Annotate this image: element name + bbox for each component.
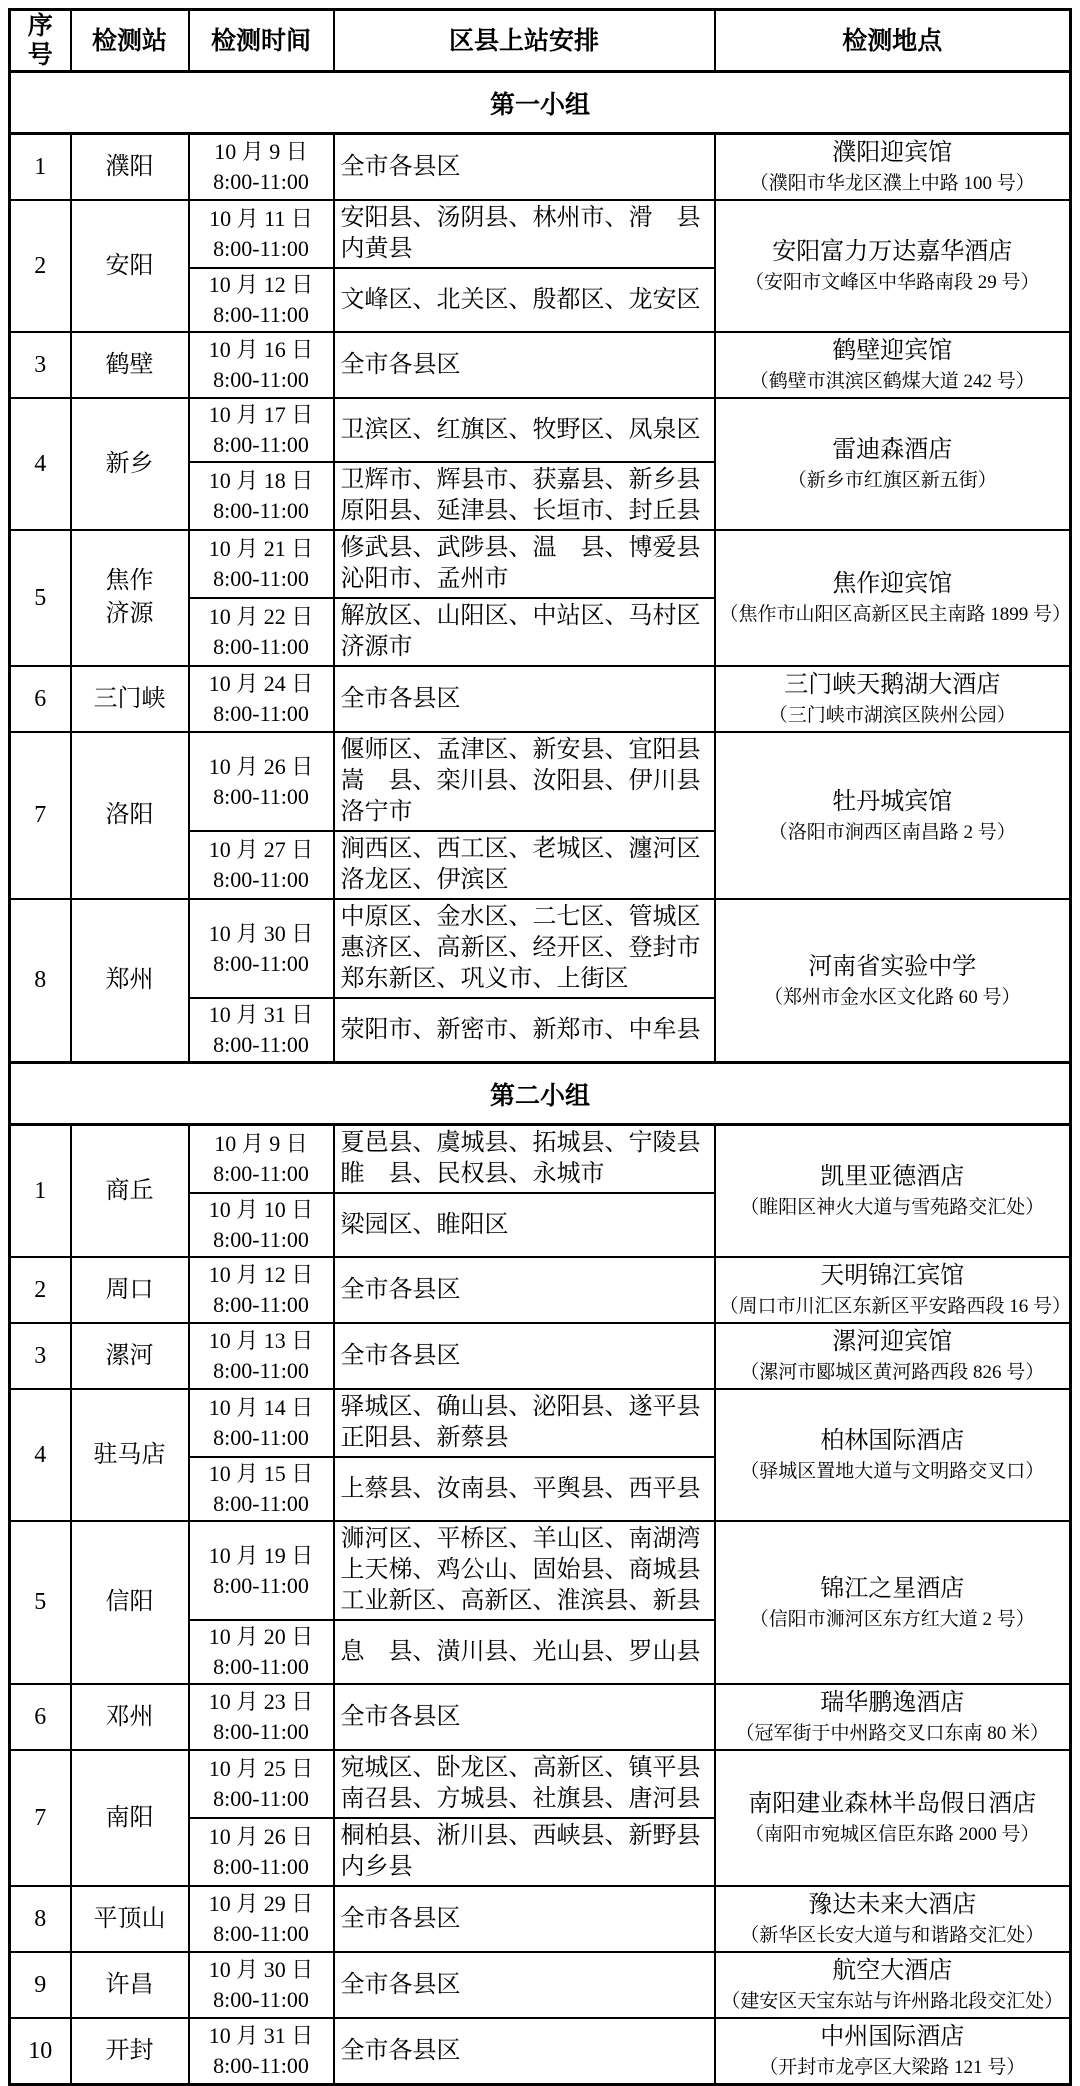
date-cell: 10 月 21 日8:00-11:00 xyxy=(189,530,334,598)
date-cell: 10 月 10 日8:00-11:00 xyxy=(189,1193,334,1257)
date-text: 10 月 30 日 xyxy=(192,1955,331,1985)
row-number-cell: 2 xyxy=(10,1257,71,1323)
time-text: 8:00-11:00 xyxy=(192,300,331,330)
venue-name: 安阳富力万达嘉华酒店 xyxy=(720,236,1066,269)
venue-cell: 鹤壁迎宾馆（鹤壁市淇滨区鹤煤大道 242 号） xyxy=(715,332,1071,398)
table-row: 2周口10 月 12 日8:00-11:00全市各县区天明锦江宾馆（周口市川汇区… xyxy=(10,1257,1071,1323)
table-row: 1商丘10 月 9 日8:00-11:00夏邑县、虞城县、拓城县、宁陵县睢 县、… xyxy=(10,1125,1071,1194)
time-text: 8:00-11:00 xyxy=(192,1985,331,2015)
venue-name: 瑞华鹏逸酒店 xyxy=(720,1687,1066,1720)
venue-name: 航空大酒店 xyxy=(720,1955,1066,1988)
venue-cell: 凯里亚德酒店（睢阳区神火大道与雪苑路交汇处） xyxy=(715,1125,1071,1258)
venue-cell: 牡丹城宾馆（洛阳市涧西区南昌路 2 号） xyxy=(715,732,1071,899)
date-text: 10 月 23 日 xyxy=(192,1687,331,1717)
row-number-cell: 9 xyxy=(10,1952,71,2018)
date-cell: 10 月 26 日8:00-11:00 xyxy=(189,732,334,831)
date-cell: 10 月 31 日8:00-11:00 xyxy=(189,2018,334,2085)
venue-cell: 安阳富力万达嘉华酒店（安阳市文峰区中华路南段 29 号） xyxy=(715,200,1071,332)
time-text: 8:00-11:00 xyxy=(192,632,331,662)
areas-cell: 涧西区、西工区、老城区、瀍河区洛龙区、伊滨区 xyxy=(334,831,715,899)
time-text: 8:00-11:00 xyxy=(192,365,331,395)
schedule-document-page: 序号检测站检测时间区县上站安排检测地点 第一小组1濮阳10 月 9 日8:00-… xyxy=(0,0,1080,2082)
row-number-cell: 1 xyxy=(10,134,71,201)
station-cell: 南阳 xyxy=(71,1750,189,1886)
areas-cell: 宛城区、卧龙区、高新区、镇平县南召县、方城县、社旗县、唐河县 xyxy=(334,1750,715,1818)
table-row: 4驻马店10 月 14 日8:00-11:00驿城区、确山县、泌阳县、遂平县正阳… xyxy=(10,1389,1071,1457)
time-text: 8:00-11:00 xyxy=(192,564,331,594)
venue-address: （新乡市红旗区新五街） xyxy=(720,467,1066,494)
areas-cell: 卫辉市、辉县市、获嘉县、新乡县原阳县、延津县、长垣市、封丘县 xyxy=(334,462,715,530)
date-text: 10 月 31 日 xyxy=(192,2021,331,2051)
row-number-cell: 2 xyxy=(10,200,71,332)
table-row: 2安阳10 月 11 日8:00-11:00安阳县、汤阴县、林州市、滑 县内黄县… xyxy=(10,200,1071,268)
time-text: 8:00-11:00 xyxy=(192,1489,331,1519)
date-cell: 10 月 16 日8:00-11:00 xyxy=(189,332,334,398)
venue-cell: 焦作迎宾馆（焦作市山阳区高新区民主南路 1899 号） xyxy=(715,530,1071,666)
station-cell: 商丘 xyxy=(71,1125,189,1258)
station-cell: 鹤壁 xyxy=(71,332,189,398)
time-text: 8:00-11:00 xyxy=(192,1159,331,1189)
areas-cell: 偃师区、孟津区、新安县、宜阳县嵩 县、栾川县、汝阳县、伊川县洛宁市 xyxy=(334,732,715,831)
date-cell: 10 月 30 日8:00-11:00 xyxy=(189,899,334,998)
date-cell: 10 月 24 日8:00-11:00 xyxy=(189,666,334,732)
station-cell: 濮阳 xyxy=(71,134,189,201)
areas-cell: 卫滨区、红旗区、牧野区、凤泉区 xyxy=(334,398,715,462)
venue-address: （驿城区置地大道与文明路交叉口） xyxy=(720,1458,1066,1485)
date-cell: 10 月 14 日8:00-11:00 xyxy=(189,1389,334,1457)
header-label: 区县上站安排 xyxy=(449,27,599,55)
date-cell: 10 月 25 日8:00-11:00 xyxy=(189,1750,334,1818)
group-title-row: 第一小组 xyxy=(10,72,1071,134)
date-cell: 10 月 29 日8:00-11:00 xyxy=(189,1886,334,1952)
areas-cell: 浉河区、平桥区、羊山区、南湖湾上天梯、鸡公山、固始县、商城县工业新区、高新区、淮… xyxy=(334,1521,715,1620)
time-text: 8:00-11:00 xyxy=(192,234,331,264)
time-text: 8:00-11:00 xyxy=(192,496,331,526)
areas-cell: 全市各县区 xyxy=(334,1952,715,2018)
areas-cell: 全市各县区 xyxy=(334,1257,715,1323)
time-text: 8:00-11:00 xyxy=(192,1717,331,1747)
table-row: 6邓州10 月 23 日8:00-11:00全市各县区瑞华鹏逸酒店（冠军街于中州… xyxy=(10,1684,1071,1750)
venue-name: 三门峡天鹅湖大酒店 xyxy=(720,669,1066,702)
venue-name: 雷迪森酒店 xyxy=(720,434,1066,467)
table-row: 4新乡10 月 17 日8:00-11:00卫滨区、红旗区、牧野区、凤泉区雷迪森… xyxy=(10,398,1071,462)
table-header: 序号检测站检测时间区县上站安排检测地点 xyxy=(10,10,1071,72)
date-text: 10 月 9 日 xyxy=(192,137,331,167)
date-text: 10 月 16 日 xyxy=(192,335,331,365)
time-text: 8:00-11:00 xyxy=(192,1919,331,1949)
header-cell: 检测地点 xyxy=(715,10,1071,72)
group-title-cell: 第一小组 xyxy=(10,72,1071,134)
date-text: 10 月 21 日 xyxy=(192,534,331,564)
areas-cell: 修武县、武陟县、温 县、博爱县沁阳市、孟州市 xyxy=(334,530,715,598)
date-text: 10 月 19 日 xyxy=(192,1541,331,1571)
date-text: 10 月 22 日 xyxy=(192,602,331,632)
station-cell: 开封 xyxy=(71,2018,189,2085)
table-row: 3鹤壁10 月 16 日8:00-11:00全市各县区鹤壁迎宾馆（鹤壁市淇滨区鹤… xyxy=(10,332,1071,398)
time-text: 8:00-11:00 xyxy=(192,1652,331,1682)
areas-cell: 上蔡县、汝南县、平舆县、西平县 xyxy=(334,1457,715,1521)
row-number-cell: 6 xyxy=(10,666,71,732)
venue-cell: 南阳建业森林半岛假日酒店（南阳市宛城区信臣东路 2000 号） xyxy=(715,1750,1071,1886)
date-cell: 10 月 31 日8:00-11:00 xyxy=(189,998,334,1063)
time-text: 8:00-11:00 xyxy=(192,430,331,460)
areas-cell: 全市各县区 xyxy=(334,666,715,732)
venue-address: （郑州市金水区文化路 60 号） xyxy=(720,984,1066,1011)
time-text: 8:00-11:00 xyxy=(192,1423,331,1453)
time-text: 8:00-11:00 xyxy=(192,865,331,895)
areas-cell: 全市各县区 xyxy=(334,1886,715,1952)
date-cell: 10 月 15 日8:00-11:00 xyxy=(189,1457,334,1521)
date-text: 10 月 13 日 xyxy=(192,1326,331,1356)
venue-address: （鹤壁市淇滨区鹤煤大道 242 号） xyxy=(720,368,1066,395)
venue-address: （洛阳市涧西区南昌路 2 号） xyxy=(720,819,1066,846)
date-cell: 10 月 30 日8:00-11:00 xyxy=(189,1952,334,2018)
row-number-cell: 8 xyxy=(10,899,71,1063)
header-cell: 检测站 xyxy=(71,10,189,72)
row-number-cell: 8 xyxy=(10,1886,71,1952)
header-cell: 检测时间 xyxy=(189,10,334,72)
venue-cell: 柏林国际酒店（驿城区置地大道与文明路交叉口） xyxy=(715,1389,1071,1521)
areas-cell: 全市各县区 xyxy=(334,1323,715,1389)
table-body: 第一小组1濮阳10 月 9 日8:00-11:00全市各县区濮阳迎宾馆（濮阳市华… xyxy=(10,72,1071,2085)
header-label: 检测时间 xyxy=(211,27,311,55)
row-number-cell: 6 xyxy=(10,1684,71,1750)
date-text: 10 月 25 日 xyxy=(192,1754,331,1784)
venue-cell: 航空大酒店（建安区天宝东站与许州路北段交汇处） xyxy=(715,1952,1071,2018)
row-number-cell: 5 xyxy=(10,530,71,666)
time-text: 8:00-11:00 xyxy=(192,1852,331,1882)
venue-cell: 瑞华鹏逸酒店（冠军街于中州路交叉口东南 80 米） xyxy=(715,1684,1071,1750)
date-cell: 10 月 22 日8:00-11:00 xyxy=(189,598,334,666)
venue-cell: 河南省实验中学（郑州市金水区文化路 60 号） xyxy=(715,899,1071,1063)
date-text: 10 月 15 日 xyxy=(192,1459,331,1489)
station-cell: 邓州 xyxy=(71,1684,189,1750)
date-cell: 10 月 27 日8:00-11:00 xyxy=(189,831,334,899)
venue-address: （濮阳市华龙区濮上中路 100 号） xyxy=(720,170,1066,197)
time-text: 8:00-11:00 xyxy=(192,1225,331,1255)
venue-cell: 天明锦江宾馆（周口市川汇区东新区平安路西段 16 号） xyxy=(715,1257,1071,1323)
time-text: 8:00-11:00 xyxy=(192,1030,331,1060)
header-cell: 区县上站安排 xyxy=(334,10,715,72)
venue-address: （周口市川汇区东新区平安路西段 16 号） xyxy=(720,1293,1066,1320)
venue-address: （南阳市宛城区信臣东路 2000 号） xyxy=(720,1821,1066,1848)
header-row: 序号检测站检测时间区县上站安排检测地点 xyxy=(10,10,1071,72)
venue-name: 河南省实验中学 xyxy=(720,951,1066,984)
date-cell: 10 月 20 日8:00-11:00 xyxy=(189,1620,334,1684)
time-text: 8:00-11:00 xyxy=(192,1784,331,1814)
row-number-cell: 7 xyxy=(10,732,71,899)
date-cell: 10 月 26 日8:00-11:00 xyxy=(189,1818,334,1886)
station-cell: 三门峡 xyxy=(71,666,189,732)
areas-cell: 全市各县区 xyxy=(334,2018,715,2085)
date-text: 10 月 24 日 xyxy=(192,669,331,699)
venue-cell: 中州国际酒店（开封市龙亭区大梁路 121 号） xyxy=(715,2018,1071,2085)
table-row: 7洛阳10 月 26 日8:00-11:00偃师区、孟津区、新安县、宜阳县嵩 县… xyxy=(10,732,1071,831)
date-text: 10 月 12 日 xyxy=(192,270,331,300)
table-row: 8郑州10 月 30 日8:00-11:00中原区、金水区、二七区、管城区惠济区… xyxy=(10,899,1071,998)
areas-cell: 驿城区、确山县、泌阳县、遂平县正阳县、新蔡县 xyxy=(334,1389,715,1457)
areas-cell: 安阳县、汤阴县、林州市、滑 县内黄县 xyxy=(334,200,715,268)
group-title-row: 第二小组 xyxy=(10,1063,1071,1125)
venue-address: （开封市龙亭区大梁路 121 号） xyxy=(720,2054,1066,2081)
venue-address: （漯河市郾城区黄河路西段 826 号） xyxy=(720,1359,1066,1386)
areas-cell: 桐柏县、淅川县、西峡县、新野县内乡县 xyxy=(334,1818,715,1886)
venue-name: 南阳建业森林半岛假日酒店 xyxy=(720,1788,1066,1821)
row-number-cell: 3 xyxy=(10,1323,71,1389)
header-label: 检测地点 xyxy=(842,27,942,55)
time-text: 8:00-11:00 xyxy=(192,2051,331,2081)
schedule-table: 序号检测站检测时间区县上站安排检测地点 第一小组1濮阳10 月 9 日8:00-… xyxy=(8,8,1072,2086)
time-text: 8:00-11:00 xyxy=(192,1290,331,1320)
date-text: 10 月 18 日 xyxy=(192,466,331,496)
row-number-cell: 5 xyxy=(10,1521,71,1684)
date-cell: 10 月 12 日8:00-11:00 xyxy=(189,1257,334,1323)
date-text: 10 月 31 日 xyxy=(192,1000,331,1030)
date-text: 10 月 12 日 xyxy=(192,1260,331,1290)
venue-cell: 濮阳迎宾馆（濮阳市华龙区濮上中路 100 号） xyxy=(715,134,1071,201)
time-text: 8:00-11:00 xyxy=(192,1571,331,1601)
date-cell: 10 月 19 日8:00-11:00 xyxy=(189,1521,334,1620)
time-text: 8:00-11:00 xyxy=(192,782,331,812)
date-cell: 10 月 12 日8:00-11:00 xyxy=(189,268,334,332)
time-text: 8:00-11:00 xyxy=(192,1356,331,1386)
table-row: 8平顶山10 月 29 日8:00-11:00全市各县区豫达未来大酒店（新华区长… xyxy=(10,1886,1071,1952)
venue-name: 漯河迎宾馆 xyxy=(720,1326,1066,1359)
venue-address: （安阳市文峰区中华路南段 29 号） xyxy=(720,269,1066,296)
date-cell: 10 月 18 日8:00-11:00 xyxy=(189,462,334,530)
date-cell: 10 月 9 日8:00-11:00 xyxy=(189,134,334,201)
areas-cell: 息 县、潢川县、光山县、罗山县 xyxy=(334,1620,715,1684)
date-text: 10 月 9 日 xyxy=(192,1129,331,1159)
date-cell: 10 月 11 日8:00-11:00 xyxy=(189,200,334,268)
station-cell: 新乡 xyxy=(71,398,189,530)
table-row: 5信阳10 月 19 日8:00-11:00浉河区、平桥区、羊山区、南湖湾上天梯… xyxy=(10,1521,1071,1620)
venue-address: （信阳市浉河区东方红大道 2 号） xyxy=(720,1606,1066,1633)
date-text: 10 月 11 日 xyxy=(192,204,331,234)
station-cell: 信阳 xyxy=(71,1521,189,1684)
time-text: 8:00-11:00 xyxy=(192,699,331,729)
date-text: 10 月 30 日 xyxy=(192,919,331,949)
venue-name: 牡丹城宾馆 xyxy=(720,786,1066,819)
date-cell: 10 月 17 日8:00-11:00 xyxy=(189,398,334,462)
areas-cell: 全市各县区 xyxy=(334,332,715,398)
station-cell: 许昌 xyxy=(71,1952,189,2018)
row-number-cell: 10 xyxy=(10,2018,71,2085)
station-cell: 洛阳 xyxy=(71,732,189,899)
venue-cell: 锦江之星酒店（信阳市浉河区东方红大道 2 号） xyxy=(715,1521,1071,1684)
time-text: 8:00-11:00 xyxy=(192,167,331,197)
venue-name: 天明锦江宾馆 xyxy=(720,1260,1066,1293)
date-text: 10 月 10 日 xyxy=(192,1195,331,1225)
venue-cell: 豫达未来大酒店（新华区长安大道与和谐路交汇处） xyxy=(715,1886,1071,1952)
areas-cell: 夏邑县、虞城县、拓城县、宁陵县睢 县、民权县、永城市 xyxy=(334,1125,715,1194)
table-row: 7南阳10 月 25 日8:00-11:00宛城区、卧龙区、高新区、镇平县南召县… xyxy=(10,1750,1071,1818)
venue-cell: 漯河迎宾馆（漯河市郾城区黄河路西段 826 号） xyxy=(715,1323,1071,1389)
areas-cell: 中原区、金水区、二七区、管城区惠济区、高新区、经开区、登封市郑东新区、巩义市、上… xyxy=(334,899,715,998)
table-row: 6三门峡10 月 24 日8:00-11:00全市各县区三门峡天鹅湖大酒店（三门… xyxy=(10,666,1071,732)
table-row: 3漯河10 月 13 日8:00-11:00全市各县区漯河迎宾馆（漯河市郾城区黄… xyxy=(10,1323,1071,1389)
areas-cell: 荥阳市、新密市、新郑市、中牟县 xyxy=(334,998,715,1063)
venue-address: （焦作市山阳区高新区民主南路 1899 号） xyxy=(720,601,1066,628)
date-text: 10 月 20 日 xyxy=(192,1622,331,1652)
row-number-cell: 1 xyxy=(10,1125,71,1258)
venue-name: 中州国际酒店 xyxy=(720,2021,1066,2054)
header-cell: 序号 xyxy=(10,10,71,72)
areas-cell: 梁园区、睢阳区 xyxy=(334,1193,715,1257)
venue-cell: 雷迪森酒店（新乡市红旗区新五街） xyxy=(715,398,1071,530)
date-cell: 10 月 23 日8:00-11:00 xyxy=(189,1684,334,1750)
venue-name: 锦江之星酒店 xyxy=(720,1573,1066,1606)
venue-cell: 三门峡天鹅湖大酒店（三门峡市湖滨区陕州公园） xyxy=(715,666,1071,732)
venue-name: 凯里亚德酒店 xyxy=(720,1161,1066,1194)
date-text: 10 月 17 日 xyxy=(192,400,331,430)
areas-cell: 全市各县区 xyxy=(334,134,715,201)
venue-address: （新华区长安大道与和谐路交汇处） xyxy=(720,1922,1066,1949)
venue-address: （睢阳区神火大道与雪苑路交汇处） xyxy=(720,1194,1066,1221)
station-cell: 驻马店 xyxy=(71,1389,189,1521)
date-text: 10 月 29 日 xyxy=(192,1889,331,1919)
date-cell: 10 月 9 日8:00-11:00 xyxy=(189,1125,334,1194)
station-cell: 郑州 xyxy=(71,899,189,1063)
station-cell: 周口 xyxy=(71,1257,189,1323)
table-row: 10开封10 月 31 日8:00-11:00全市各县区中州国际酒店（开封市龙亭… xyxy=(10,2018,1071,2085)
venue-name: 柏林国际酒店 xyxy=(720,1425,1066,1458)
areas-cell: 解放区、山阳区、中站区、马村区济源市 xyxy=(334,598,715,666)
table-row: 1濮阳10 月 9 日8:00-11:00全市各县区濮阳迎宾馆（濮阳市华龙区濮上… xyxy=(10,134,1071,201)
venue-address: （冠军街于中州路交叉口东南 80 米） xyxy=(720,1720,1066,1747)
header-label: 序号 xyxy=(26,12,55,70)
venue-address: （建安区天宝东站与许州路北段交汇处） xyxy=(720,1988,1066,2015)
date-text: 10 月 26 日 xyxy=(192,752,331,782)
table-row: 5焦作 济源10 月 21 日8:00-11:00修武县、武陟县、温 县、博爱县… xyxy=(10,530,1071,598)
row-number-cell: 4 xyxy=(10,1389,71,1521)
station-cell: 漯河 xyxy=(71,1323,189,1389)
row-number-cell: 7 xyxy=(10,1750,71,1886)
header-label: 检测站 xyxy=(92,27,167,55)
venue-name: 焦作迎宾馆 xyxy=(720,568,1066,601)
row-number-cell: 4 xyxy=(10,398,71,530)
row-number-cell: 3 xyxy=(10,332,71,398)
station-cell: 平顶山 xyxy=(71,1886,189,1952)
station-cell: 安阳 xyxy=(71,200,189,332)
table-row: 9许昌10 月 30 日8:00-11:00全市各县区航空大酒店（建安区天宝东站… xyxy=(10,1952,1071,2018)
venue-name: 鹤壁迎宾馆 xyxy=(720,335,1066,368)
date-text: 10 月 14 日 xyxy=(192,1393,331,1423)
date-text: 10 月 26 日 xyxy=(192,1822,331,1852)
venue-name: 豫达未来大酒店 xyxy=(720,1889,1066,1922)
areas-cell: 全市各县区 xyxy=(334,1684,715,1750)
areas-cell: 文峰区、北关区、殷都区、龙安区 xyxy=(334,268,715,332)
venue-address: （三门峡市湖滨区陕州公园） xyxy=(720,702,1066,729)
time-text: 8:00-11:00 xyxy=(192,949,331,979)
date-text: 10 月 27 日 xyxy=(192,835,331,865)
group-title-cell: 第二小组 xyxy=(10,1063,1071,1125)
venue-name: 濮阳迎宾馆 xyxy=(720,137,1066,170)
date-cell: 10 月 13 日8:00-11:00 xyxy=(189,1323,334,1389)
station-cell: 焦作 济源 xyxy=(71,530,189,666)
